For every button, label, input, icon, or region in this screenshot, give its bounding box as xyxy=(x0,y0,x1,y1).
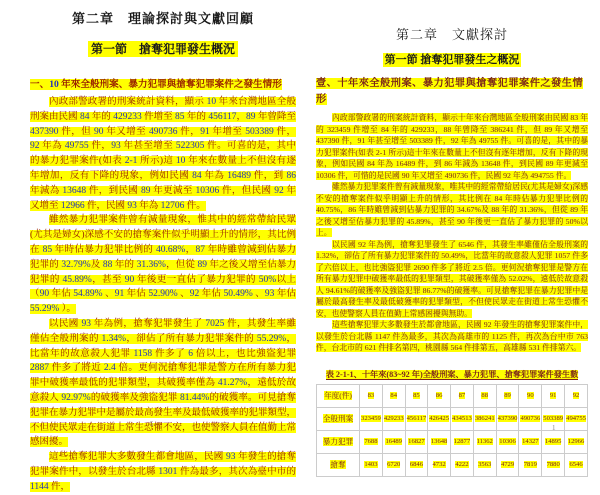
left-page-number: 5 xyxy=(150,420,154,428)
paragraph-text: 內政部警政署的刑案統計資料，顯示 10 年來台灣地區全般刑案由民國 84 年的 … xyxy=(30,97,296,211)
paragraph-text: 雖然暴力犯罪案件曾有減量現象，唯其中的經常帶給居民(尤其是婦女)深感不安的搶奪案… xyxy=(316,182,588,237)
paragraph-text: 內政部警政署的刑案統計資料，顯示十年來台灣地區全般刑案由民國 83 年的 323… xyxy=(316,113,588,180)
right-section-title-text: 第一節 搶奪犯罪發生之概況 xyxy=(383,53,522,67)
table-cell: 14327 xyxy=(519,430,542,450)
table-row-label: 全般刑案 xyxy=(317,407,360,430)
table-cell: 89 xyxy=(496,384,519,407)
table-row-label: 暴力犯罪 xyxy=(317,430,360,450)
table-cell: 83 xyxy=(360,384,383,407)
right-chapter-title: 第二章 文獻探討 xyxy=(316,24,588,43)
crime-statistics-table: 年度(件)83848586878889909192全般刑案32345942923… xyxy=(316,384,588,451)
left-page: 第二章 理論探討與文獻回顧 第一節 搶奪犯罪發生概況 一、10 年來全般刑案、暴… xyxy=(30,8,296,438)
table-cell: 13648 xyxy=(428,430,451,450)
right-page: 第二章 文獻探討 第一節 搶奪犯罪發生之概況 壹、十年來全般刑案、暴力犯罪與搶奪… xyxy=(316,24,588,444)
table-cell: 90 xyxy=(519,384,542,407)
right-page-number: 1 xyxy=(552,424,556,432)
left-section-title-text: 第一節 搶奪犯罪發生概況 xyxy=(88,41,238,57)
table-cell: 437390 xyxy=(496,407,519,430)
paragraph: 內政部警政署的刑案統計資料，顯示 10 年來台灣地區全般刑案由民國 84 年的 … xyxy=(30,95,296,213)
table-cell: 426425 xyxy=(428,407,451,430)
table-cell: 490736 xyxy=(519,407,542,430)
table-cell: 323459 xyxy=(360,407,383,430)
table-cell: 456117 xyxy=(405,407,428,430)
paragraph: 以民國 92 年為例，搶奪犯罪發生了 6546 件，其發生率雖僅佔全般刑案的 1… xyxy=(316,239,588,320)
table-cell: 85 xyxy=(405,384,428,407)
paragraph-text: 以民國 92 年為例，搶奪犯罪發生了 6546 件，其發生率雖僅佔全般刑案的 1… xyxy=(316,240,588,318)
paragraph: 雖然暴力犯罪案件曾有減量現象，惟其中的經常帶給民眾(尤其是婦女)深感不安的搶奪案… xyxy=(30,213,296,317)
table-cell: 87 xyxy=(451,384,474,407)
right-heading-text: 壹、十年來全般刑案、暴力犯罪與搶奪犯罪案件之發生情形 xyxy=(316,78,583,105)
table-row: 年度(件)83848586878889909192 xyxy=(317,384,588,407)
paragraph: 這些搶奪犯罪大多數發生於都會地區，民國 92 年發生的搶奪犯罪案件中，以發生於台… xyxy=(316,319,588,354)
table-cell: 7688 xyxy=(360,430,383,450)
right-section-title: 第一節 搶奪犯罪發生之概況 xyxy=(316,50,588,68)
table-cell: 11362 xyxy=(473,430,496,450)
table-cell: 14895 xyxy=(542,430,565,450)
table-title-text: 表 2-1-1、十年來(83~92 年)全般刑案、暴力犯罪、搶奪犯罪案件發生數 xyxy=(326,370,579,380)
table-row: 全般刑案323459429233456117426425434513386241… xyxy=(317,407,588,430)
paragraph-text: 這些搶奪犯罪大多數發生於都會地區，民國 92 年發生的搶奪犯罪案件中，以發生於台… xyxy=(316,320,588,352)
table-cell: 12966 xyxy=(565,430,588,450)
paragraph: 內政部警政署的刑案統計資料，顯示十年來台灣地區全般刑案由民國 83 年的 323… xyxy=(316,112,588,181)
table-cell: 10306 xyxy=(496,430,519,450)
table-cell: 434513 xyxy=(451,407,474,430)
table-cell: 16489 xyxy=(382,430,405,450)
table-cell: 91 xyxy=(542,384,565,407)
table-cell: 386241 xyxy=(473,407,496,430)
right-heading: 壹、十年來全般刑案、暴力犯罪與搶奪犯罪案件之發生情形 xyxy=(316,75,588,107)
paragraph: 以民國 93 年為例，搶奪犯罪發生了 7025 件，其發生率雖僅佔全般刑案的 1… xyxy=(30,317,296,450)
table-cell: 16827 xyxy=(405,430,428,450)
left-chapter-title: 第二章 理論探討與文獻回顧 xyxy=(30,8,296,27)
left-section-title: 第一節 搶奪犯罪發生概況 xyxy=(30,40,296,58)
paragraph: 雖然暴力犯罪案件曾有減量現象，唯其中的經常帶給居民(尤其是婦女)深感不安的搶奪案… xyxy=(316,181,588,239)
table-row: 暴力犯罪768816489168271364812877113621030614… xyxy=(317,430,588,450)
table-cell: 12877 xyxy=(451,430,474,450)
left-heading: 一、10 年來全般刑案、暴力犯罪與搶奪犯罪案件之發生情形 xyxy=(30,75,296,92)
table-cell: 86 xyxy=(428,384,451,407)
paragraph-text: 以民國 93 年為例，搶奪犯罪發生了 7025 件，其發生率雖僅佔全般刑案的 1… xyxy=(30,319,296,447)
table-cell: 429233 xyxy=(382,407,405,430)
table-cell: 92 xyxy=(565,384,588,407)
table-title: 表 2-1-1、十年來(83~92 年)全般刑案、暴力犯罪、搶奪犯罪案件發生數 xyxy=(316,364,588,382)
paragraph-text: 雖然暴力犯罪案件曾有減量現象，惟其中的經常帶給民眾(尤其是婦女)深感不安的搶奪案… xyxy=(30,215,296,314)
table-cell: 84 xyxy=(382,384,405,407)
left-heading-text: 一、10 年來全般刑案、暴力犯罪與搶奪犯罪案件之發生情形 xyxy=(30,79,282,90)
table-cell: 494755 xyxy=(565,407,588,430)
table-cell: 88 xyxy=(473,384,496,407)
table-row-label: 年度(件) xyxy=(317,384,360,407)
